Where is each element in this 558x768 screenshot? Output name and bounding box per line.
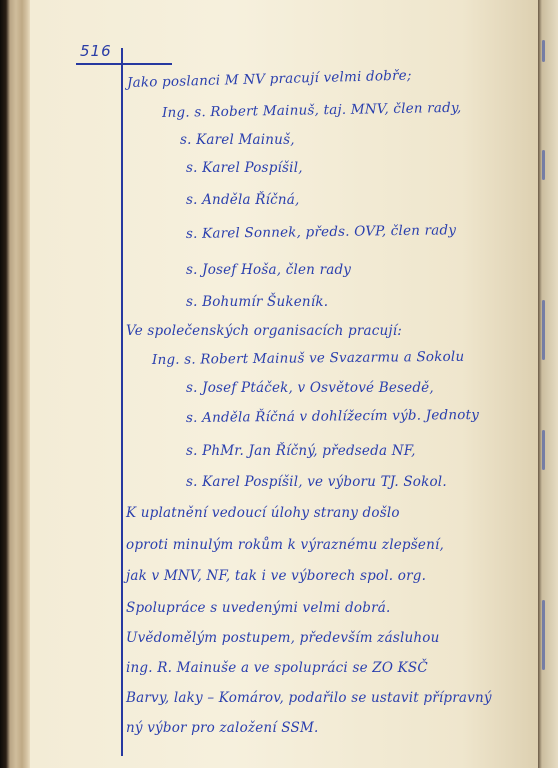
text-line: s. Karel Pospíšil, (186, 160, 303, 176)
handwritten-text: Jako poslanci M NV pracují velmi dobře; … (0, 0, 558, 768)
text-line: ing. R. Mainuše a ve spolupráci se ZO KS… (126, 660, 428, 676)
text-line: Ve společenských organisacích pracují: (126, 323, 402, 339)
text-line: s. PhMr. Jan Říčný, předseda NF, (186, 443, 416, 459)
text-line: ný výbor pro založení SSM. (126, 720, 318, 736)
text-line: Uvědomělým postupem, především zásluhou (126, 630, 440, 646)
text-line: oproti minulým rokům k výraznému zlepšen… (126, 537, 444, 553)
text-line: s. Karel Pospíšil, ve výboru TJ. Sokol. (186, 474, 447, 490)
text-line: s. Bohumír Šukeník. (186, 294, 328, 310)
text-line: Ing. s. Robert Mainuš ve Svazarmu a Soko… (152, 349, 464, 368)
text-line: s. Karel Sonnek, předs. OVP, člen rady (186, 222, 456, 242)
text-line: s. Anděla Říčná, (186, 192, 300, 208)
text-line: s. Josef Ptáček, v Osvětové Besedě, (186, 380, 434, 396)
text-line: s. Anděla Říčná v dohlížecím výb. Jednot… (186, 407, 479, 426)
text-line: Ing. s. Robert Mainuš, taj. MNV, člen ra… (162, 100, 462, 121)
text-line: s. Josef Hoša, člen rady (186, 262, 351, 278)
text-line: jak v MNV, NF, tak i ve výborech spol. o… (126, 568, 426, 584)
text-line: Spolupráce s uvedenými velmi dobrá. (126, 600, 390, 616)
text-line: s. Karel Mainuš, (180, 132, 295, 148)
text-line: Jako poslanci M NV pracují velmi dobře; (127, 68, 412, 91)
text-line: K uplatnění vedoucí úlohy strany došlo (126, 505, 400, 521)
text-line: Barvy, laky – Komárov, podařilo se ustav… (126, 690, 492, 706)
